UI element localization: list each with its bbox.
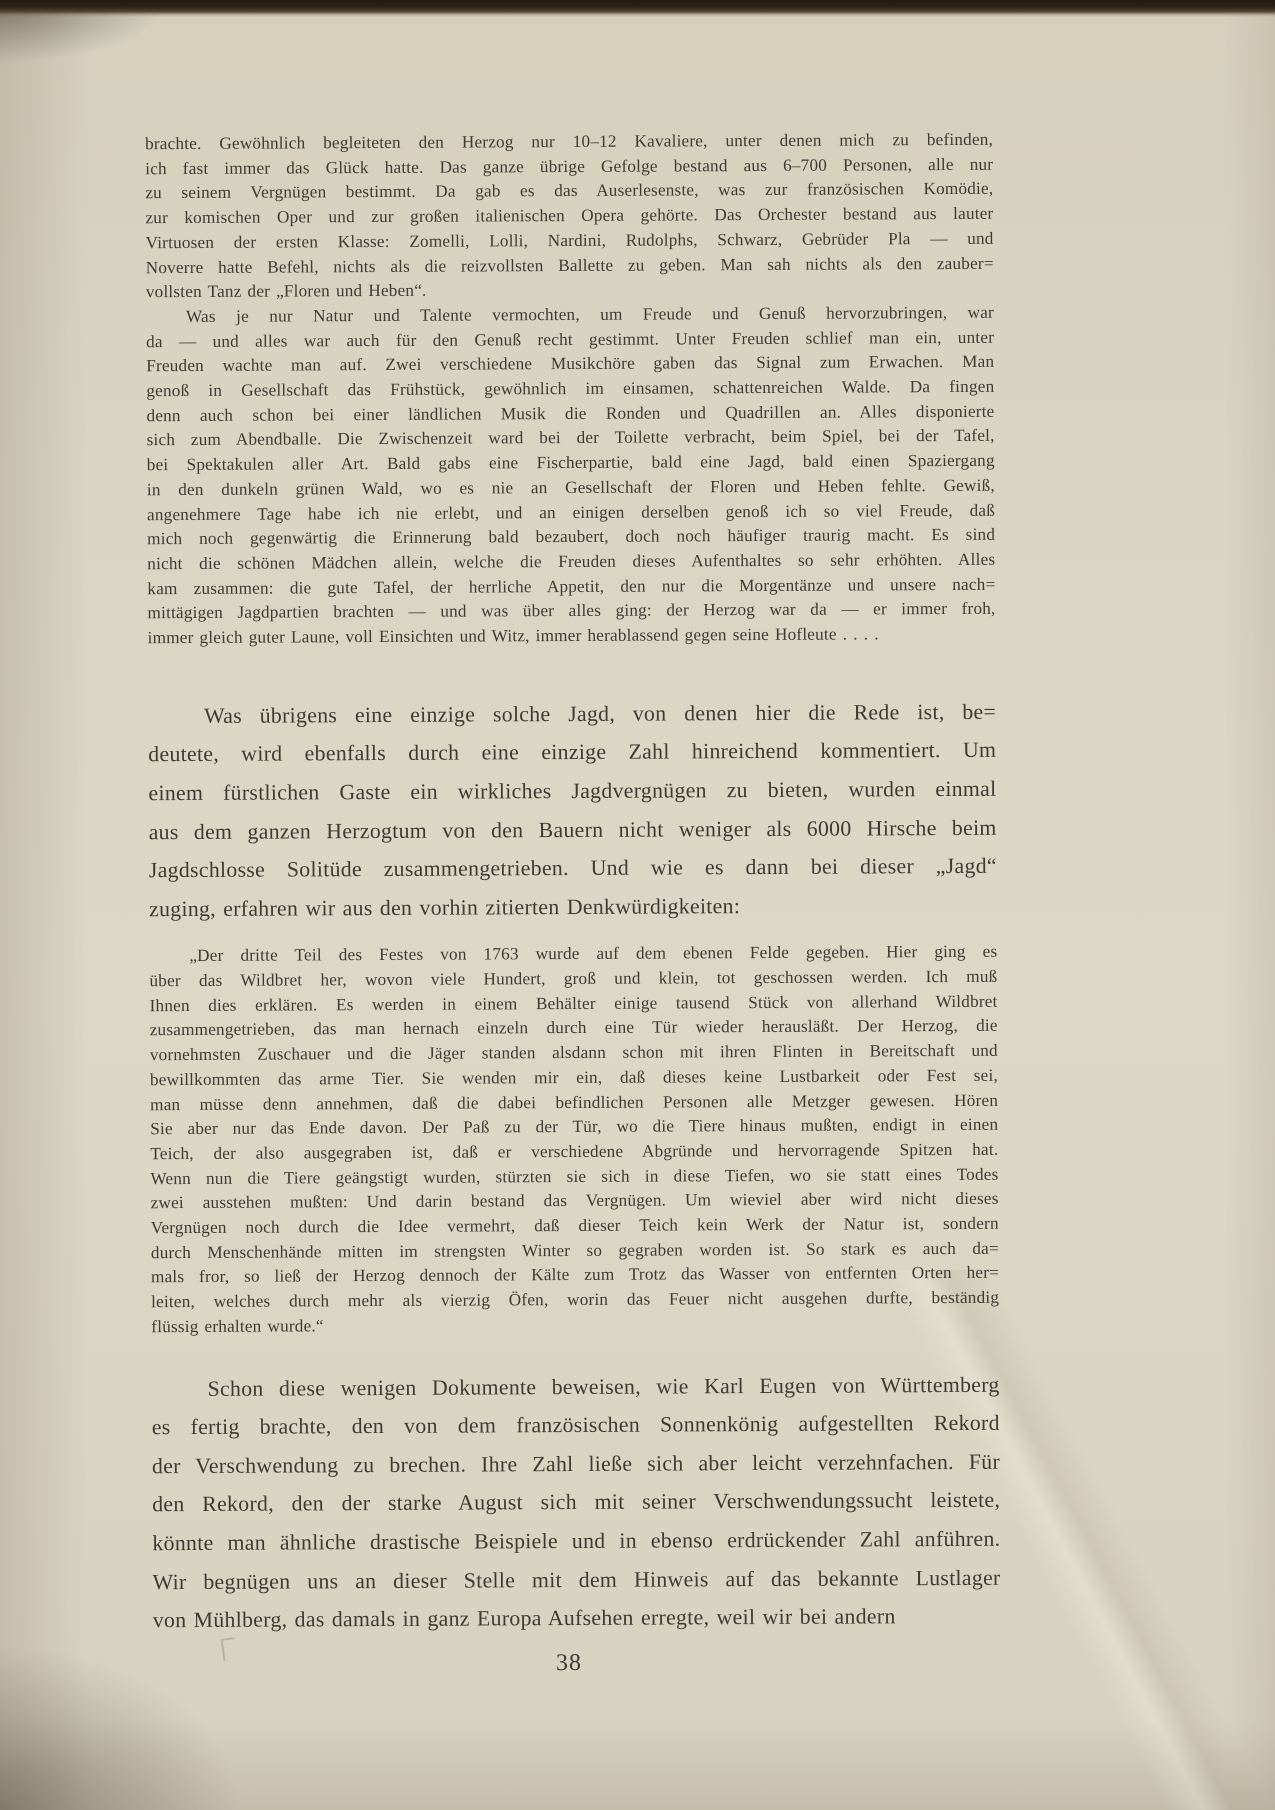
text-line: den Rekord, den der starke August sich m…: [152, 1481, 1000, 1524]
paragraph: „Der dritte Teil des Festes von 1763 wur…: [149, 940, 999, 1340]
text-line: könnte man ähnliche drastische Beispiele…: [152, 1520, 1000, 1563]
text-line: deutete, wird ebenfalls durch eine einzi…: [148, 731, 996, 774]
text-line: flüssig erhalten wurde.“: [151, 1311, 999, 1340]
text-line: immer gleich guter Laune, voll Einsichte…: [148, 622, 996, 651]
text-line: aus dem ganzen Herzogtum von den Bauern …: [149, 808, 997, 851]
paragraph: Was übrigens eine einzige solche Jagd, v…: [148, 693, 997, 929]
paragraph: Was je nur Natur und Talente vermochten,…: [146, 301, 996, 651]
text-line: Virtuosen der ersten Klasse: Zomelli, Lo…: [146, 227, 994, 256]
page-top-shadow-edge: [0, 0, 1275, 17]
text-line: in den dunkeln grünen Wald, wo es nie an…: [147, 474, 995, 503]
paragraph: brachte. Gewöhnlich begleiteten den Herz…: [145, 128, 994, 305]
text-line: von Mühlberg, das damals in ganz Europa …: [153, 1597, 1001, 1640]
text-line: der Verschwendung zu brechen. Ihre Zahl …: [152, 1443, 1000, 1486]
text-line: Jagdschlosse Solitüde zusammengetrieben.…: [149, 847, 997, 890]
text-line: Schon diese wenigen Dokumente beweisen, …: [151, 1365, 999, 1408]
text-line: zuging, erfahren wir aus den vorhin ziti…: [149, 886, 997, 929]
text-line: leiten, welches durch mehr als vierzig Ö…: [151, 1286, 999, 1315]
text-line: Wir begnügen uns an dieser Stelle mit de…: [152, 1558, 1000, 1601]
paragraph: Schon diese wenigen Dokumente beweisen, …: [151, 1365, 1000, 1640]
text-block: brachte. Gewöhnlich begleiteten den Herz…: [145, 128, 1001, 1640]
text-line: es fertig brachte, den von dem französis…: [152, 1404, 1000, 1447]
text-line: Was übrigens eine einzige solche Jagd, v…: [148, 693, 996, 736]
page-number: 38: [145, 1648, 993, 1679]
text-line: bewillkommten das arme Tier. Sie wenden …: [150, 1064, 998, 1093]
text-line: einem fürstlichen Gaste ein wirkliches J…: [148, 770, 996, 813]
book-page: brachte. Gewöhnlich begleiteten den Herz…: [0, 0, 1275, 1810]
text-line: Noverre hatte Befehl, nichts als die rei…: [146, 251, 994, 280]
